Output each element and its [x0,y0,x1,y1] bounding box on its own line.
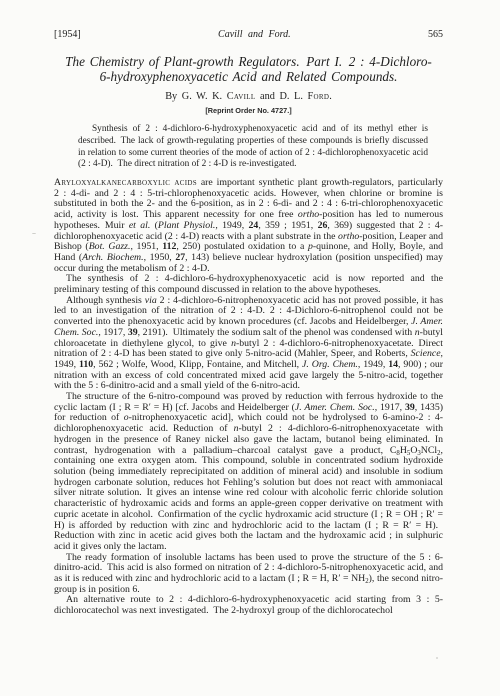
body-paragraph-1: Aryloxyalkanecarboxylic acids are import… [54,178,443,274]
page-content: [1954] Cavill and Ford. 565 The Chemistr… [54,29,443,617]
body-paragraph-3: Although synthesis via 2 : 4-dichloro-6-… [54,296,443,392]
running-head: [1954] Cavill and Ford. 565 [54,29,443,40]
body-paragraph-6: An alternative route to 2 : 4-dichloro-6… [54,595,443,616]
body-paragraph-5: The ready formation of insoluble lactams… [54,553,443,596]
body-paragraph-2: The synthesis of 2 : 4-dichloro-6-hydrox… [54,274,443,295]
running-head-authors: Cavill and Ford. [218,29,291,40]
scan-speck [436,657,438,659]
article-title: The Chemistry of Plant-growth Regulators… [54,55,443,84]
running-head-year: [1954] [54,29,81,40]
journal-page: [1954] Cavill and Ford. 565 The Chemistr… [0,0,500,696]
scan-speck [32,233,36,234]
body-paragraph-4: The structure of the 6-nitro-compound wa… [54,392,443,553]
byline: By G. W. K. Cavill and D. L. Ford. [54,91,443,102]
article-body: Aryloxyalkanecarboxylic acids are import… [54,178,443,617]
running-head-page-number: 565 [428,29,443,40]
reprint-note: [Reprint Order No. 4727.] [54,106,443,115]
abstract: Synthesis of 2 : 4-dichloro-6-hydroxyphe… [78,124,428,171]
article-title-line-1: The Chemistry of Plant-growth Regulators… [54,55,443,70]
article-title-line-2: 6-hydroxyphenoxyacetic Acid and Related … [54,70,443,85]
